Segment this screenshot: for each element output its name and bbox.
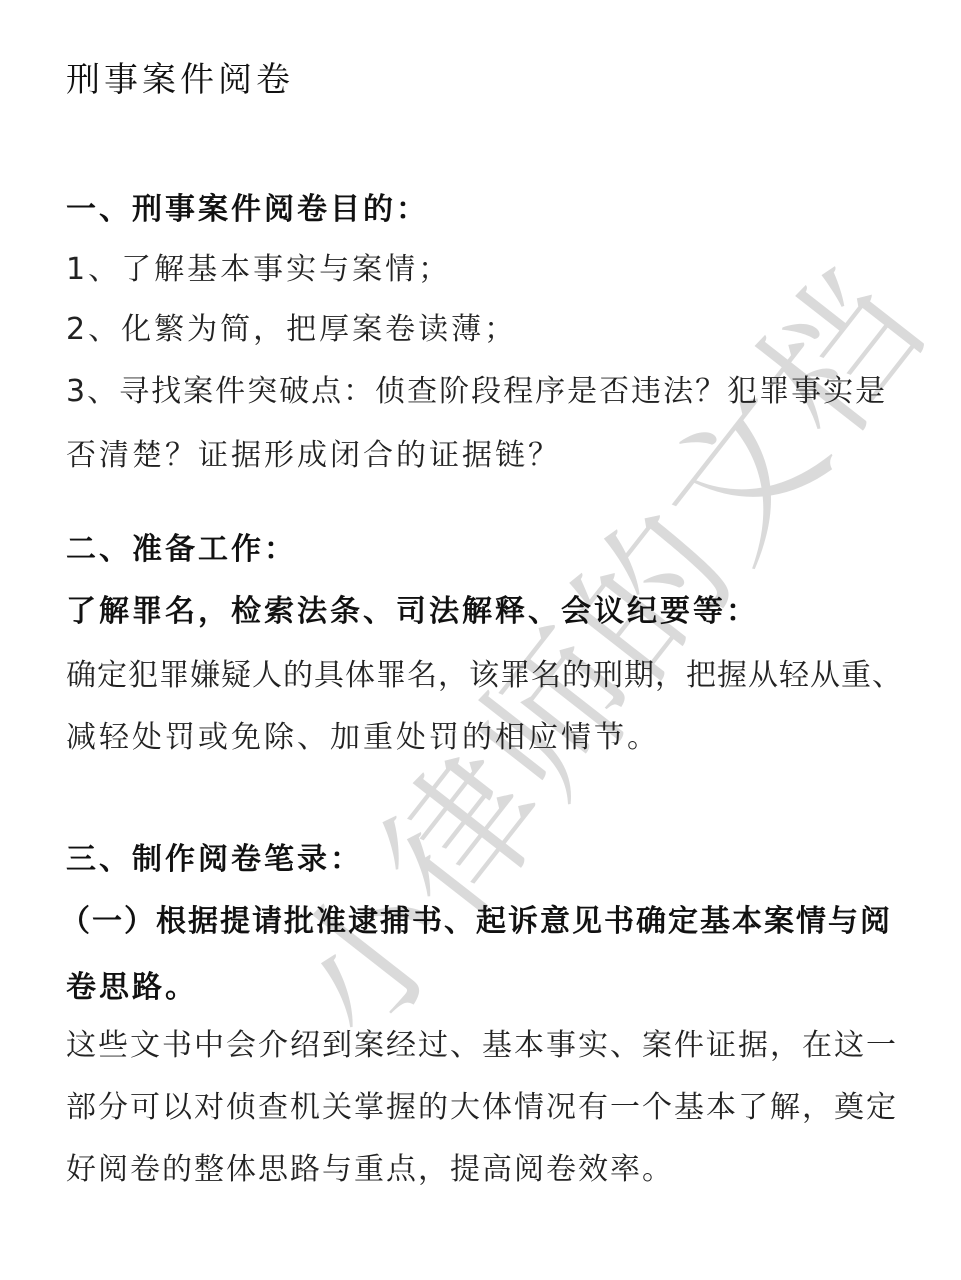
section-1-item-2: 2、化繁为简，把厚案卷读薄； xyxy=(66,310,517,350)
section-3-subheading-line-1: （一）根据提请批准逮捕书、起诉意见书确定基本案情与阅 xyxy=(60,902,892,942)
section-3-para-line-3: 好阅卷的整体思路与重点，提高阅卷效率。 xyxy=(66,1150,674,1190)
document-page: 小律师的文档 刑事案件阅卷 一、刑事案件阅卷目的： 1、了解基本事实与案情； 2… xyxy=(0,0,961,1280)
section-2-subheading: 了解罪名，检索法条、司法解释、会议纪要等： xyxy=(66,592,759,632)
section-1-item-1: 1、了解基本事实与案情； xyxy=(66,250,451,290)
section-1-item-3-cont: 否清楚？证据形成闭合的证据链？ xyxy=(66,436,561,476)
section-3-para-line-1: 这些文书中会介绍到案经过、基本事实、案件证据，在这一 xyxy=(66,1026,898,1066)
section-2-para-line-1: 确定犯罪嫌疑人的具体罪名，该罪名的刑期，把握从轻从重、 xyxy=(66,656,903,696)
section-2-para-line-2: 减轻处罚或免除、加重处罚的相应情节。 xyxy=(66,718,660,758)
section-3-heading: 三、制作阅卷笔录： xyxy=(66,840,363,880)
section-2-heading: 二、准备工作： xyxy=(66,530,297,570)
document-title: 刑事案件阅卷 xyxy=(66,60,294,100)
section-1-heading: 一、刑事案件阅卷目的： xyxy=(66,190,429,230)
section-3-subheading-line-2: 卷思路。 xyxy=(66,968,198,1008)
section-1-item-3: 3、寻找案件突破点：侦查阶段程序是否违法？犯罪事实是 xyxy=(66,372,887,412)
section-3-para-line-2: 部分可以对侦查机关掌握的大体情况有一个基本了解，奠定 xyxy=(66,1088,898,1128)
